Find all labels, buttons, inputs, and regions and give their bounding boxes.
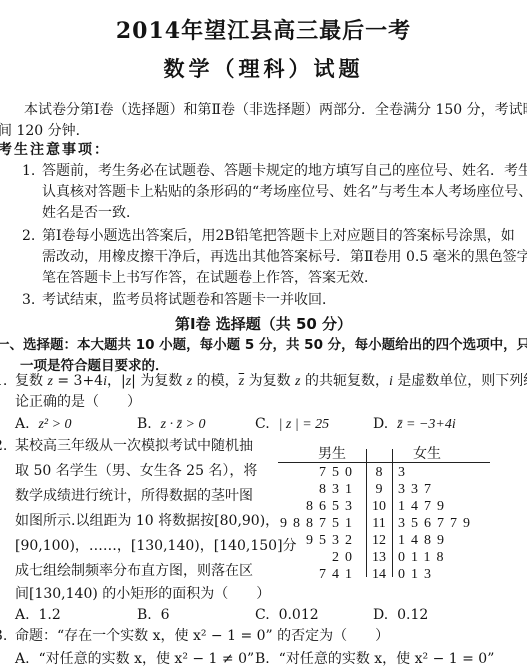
notice-item-1-line-2: 认真核对答题卡上粘贴的条形码的“考场座位号、姓名”与考生本人考场座位号、 [42, 183, 527, 201]
female-leaves: 1479 [398, 499, 450, 515]
q1-text: 为复数 [244, 373, 295, 389]
male-leaves: 8653 [306, 499, 358, 515]
notice-item-2-line-1: 第Ⅰ卷每小题选出答案后，用2B铅笔把答题卡上对应题目的答案标号涂黑，如 [42, 227, 515, 245]
notice-heading: 考生注意事项： [0, 141, 110, 159]
option-label: C. [255, 607, 270, 623]
q1-text: 的模， [192, 373, 238, 389]
question-3-option-b[interactable]: B. “对任意的实数 x，使 x² − 1 = 0” [255, 650, 494, 668]
option-label: B. [137, 416, 152, 432]
stem: 12 [366, 533, 392, 549]
option-text: 1.2 [38, 607, 60, 623]
option-label: B. [255, 651, 270, 667]
stem-leaf-row: 750 8 3 [278, 465, 503, 481]
female-header: 女生 [413, 443, 441, 463]
option-text: “对任意的实数 x，使 x² − 1 = 0” [279, 651, 495, 667]
option-label: A. [15, 607, 30, 623]
question-2-stem-line-7: 间[130,140) 的小矩形的面积为（ ） [15, 585, 270, 603]
notice-item-1-line-3: 姓名是否一致． [42, 204, 140, 222]
male-leaves: 741 [319, 567, 358, 583]
option-label: D. [373, 416, 388, 432]
question-2-stem-line-1: 某校高三年级从一次模拟考试中随机抽 [15, 437, 253, 455]
question-2-stem-line-2: 取 50 名学生（男、女生各 25 名），将 [15, 462, 257, 480]
question-3-number: 3. [0, 627, 7, 645]
male-header: 男生 [318, 443, 346, 463]
q1-text: ，| [107, 373, 126, 389]
notice-item-1-num: 1. [22, 162, 35, 180]
option-label: C. [255, 416, 270, 432]
question-2-option-c[interactable]: C. 0.012 [255, 606, 319, 624]
female-leaves: 356779 [398, 516, 476, 532]
option-text: 6 [161, 607, 170, 623]
intro-line-1: 本试卷分第Ⅰ卷（选择题）和第Ⅱ卷（非选择题）两部分．全卷满分 150 分，考试时 [24, 101, 527, 119]
notice-item-3-num: 3. [22, 291, 35, 309]
question-1-option-b[interactable]: B. z · z̄ > 0 [137, 415, 206, 434]
q1-text: 的共轭复数， [301, 373, 389, 389]
question-3-option-a[interactable]: A. “对任意的实数 x，使 x² − 1 ≠ 0” [15, 650, 254, 668]
question-1-option-c[interactable]: C. | z | = 25 [255, 415, 329, 434]
male-leaves: 750 [319, 465, 358, 481]
female-leaves: 337 [398, 482, 437, 498]
question-1-stem-line-1: 复数 z = 3+4i，|z| 为复数 z 的模，z 为复数 z 的共轭复数，i… [15, 372, 527, 391]
option-text: | z | = 25 [279, 417, 330, 432]
male-leaves: 20 [332, 550, 358, 566]
option-text: z̄ = −3+4i [397, 417, 456, 432]
stem-leaf-row: 741 14 013 [278, 567, 503, 583]
male-leaves: 831 [319, 482, 358, 498]
option-text: 0.012 [279, 607, 319, 623]
stem-leaf-row: 831 9 337 [278, 482, 503, 498]
q1-text: 复数 [15, 373, 47, 389]
stem: 14 [366, 567, 392, 583]
option-text: “对任意的实数 x，使 x² − 1 ≠ 0” [38, 651, 254, 667]
notice-item-1-line-1: 答题前，考生务必在试题卷、答题卡规定的地方填写自己的座位号、姓名．考生要 [42, 162, 527, 180]
stem-leaf-row: 20 13 0118 [278, 550, 503, 566]
question-2-stem-line-6: 成七组绘制频率分布直方图，则落在区 [15, 562, 253, 580]
option-text: 0.12 [397, 607, 428, 623]
option-text: z · z̄ > 0 [161, 417, 206, 432]
intro-line-2: 间 120 分钟． [0, 122, 90, 140]
exam-subtitle: 数学（理科）试题 [0, 53, 527, 83]
question-2-stem-line-3: 数学成绩进行统计，所得数据的茎叶图 [15, 487, 253, 505]
question-1-option-a[interactable]: A. z² > 0 [15, 415, 72, 434]
option-label: D. [373, 607, 388, 623]
question-3-stem: 命题：“存在一个实数 x，使 x² − 1 = 0” 的否定为（ ） [15, 627, 389, 645]
question-1-number: 1. [0, 372, 7, 390]
female-leaves: 1489 [398, 533, 450, 549]
female-leaves: 3 [398, 465, 411, 481]
stem: 13 [366, 550, 392, 566]
male-leaves: 988751 [280, 516, 358, 532]
question-2-stem-line-5: [90,100)，……，[130,140)，[140,150]分 [15, 537, 297, 555]
exam-title: 2014年望江县高三最后一考 [0, 14, 527, 45]
q1-text: = 3+4 [53, 373, 103, 389]
option-label: A. [15, 651, 30, 667]
female-leaves: 0118 [398, 550, 449, 566]
question-2-option-d[interactable]: D. 0.12 [373, 606, 428, 624]
q1-text: 是虚数单位，则下列结 [393, 373, 527, 389]
stem: 11 [366, 516, 392, 532]
notice-item-2-line-2: 需改动，用橡皮擦干净后，再选出其他答案标号．第Ⅱ卷用 0.5 毫米的黑色签字 [42, 248, 527, 266]
stem-leaf-row: 9532 12 1489 [278, 533, 503, 549]
notice-item-3-line-1: 考试结束，监考员将试题卷和答题卡一并收回． [42, 291, 336, 309]
question-2-number: 2. [0, 437, 7, 455]
q1-text: | 为复数 [131, 373, 187, 389]
male-leaves: 9532 [306, 533, 358, 549]
question-1-stem-line-2: 论正确的是（ ） [15, 393, 141, 411]
stem-leaf-row: 988751 11 356779 [278, 516, 503, 532]
stem: 8 [366, 465, 392, 481]
option-text: z² > 0 [38, 417, 71, 432]
question-2-option-b[interactable]: B. 6 [137, 606, 170, 624]
option-label: B. [137, 607, 152, 623]
question-1-option-d[interactable]: D. z̄ = −3+4i [373, 415, 456, 434]
header-divider [278, 462, 490, 463]
section-instruction-line-1: 一、选择题：本大题共 10 小题，每小题 5 分，共 50 分，每小题给出的四个… [0, 336, 527, 354]
notice-item-2-num: 2. [22, 227, 35, 245]
stem-leaf-row: 8653 10 1479 [278, 499, 503, 515]
stem: 9 [366, 482, 392, 498]
notice-item-2-line-3: 笔在答题卡上书写作答，在试题卷上作答，答案无效． [42, 269, 378, 287]
stem-leaf-plot: 男生 女生 750 8 3 831 9 337 8653 10 1479 988… [278, 443, 503, 583]
stem: 10 [366, 499, 392, 515]
female-leaves: 013 [398, 567, 437, 583]
question-2-option-a[interactable]: A. 1.2 [15, 606, 61, 624]
option-label: A. [15, 416, 30, 432]
section-title: 第Ⅰ卷 选择题（共 50 分） [0, 313, 527, 334]
question-2-stem-line-4: 如图所示.以组距为 10 将数据按[80,90)， [15, 512, 279, 530]
